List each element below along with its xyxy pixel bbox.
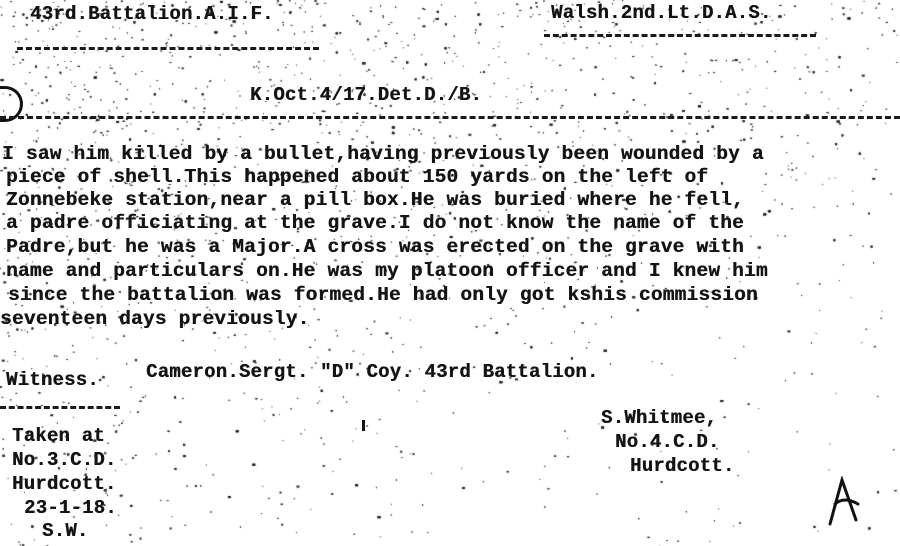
taken-at-line: S.W. bbox=[42, 520, 88, 542]
statement-line: piece of shell.This happened about 150 y… bbox=[6, 166, 708, 188]
informant-line: S.Whitmee, bbox=[601, 407, 717, 429]
stray-mark bbox=[362, 420, 365, 431]
handwritten-a-mark bbox=[826, 476, 866, 526]
informant-line: No.4.C.D. bbox=[615, 431, 719, 453]
witness-underline bbox=[0, 406, 120, 409]
subject-underline bbox=[544, 34, 816, 37]
taken-at-line: No.3.C.D. bbox=[12, 449, 116, 471]
subject-name: Walsh.2nd.Lt.D.A.S. bbox=[551, 2, 771, 24]
statement-line: Padre,but he was a Major.A cross was ere… bbox=[6, 236, 744, 258]
taken-at-line: Hurdcott. bbox=[12, 473, 116, 495]
taken-at-line: Taken at bbox=[12, 425, 105, 447]
unit-underline bbox=[17, 47, 319, 50]
informant-line: Hurdcott. bbox=[630, 455, 734, 477]
statement-line: name and particulars on.He was my platoo… bbox=[6, 260, 768, 282]
statement-line: since the battalion was formed.He had on… bbox=[8, 284, 758, 306]
statement-line: Zonnebeke station,near a pill box.He was… bbox=[6, 189, 744, 211]
witness-value: Cameron.Sergt. "D" Coy. 43rd Battalion. bbox=[146, 361, 598, 383]
statement-line: I saw him killed by a bullet,having prev… bbox=[2, 143, 764, 165]
casualty-status: K.Oct.4/17.Det.D./B. bbox=[250, 84, 482, 106]
status-underline bbox=[0, 116, 900, 119]
unit-heading: 43rd.Battalion.A.I.F. bbox=[30, 3, 274, 25]
witness-statement-document: 43rd.Battalion.A.I.F. Walsh.2nd.Lt.D.A.S… bbox=[0, 0, 900, 546]
statement-line: seventeen days previously. bbox=[0, 308, 309, 330]
taken-at-line: 23-1-18. bbox=[24, 497, 117, 519]
witness-label: Witness. bbox=[6, 369, 99, 391]
statement-line: a padre officiating at the grave.I do no… bbox=[6, 212, 744, 234]
